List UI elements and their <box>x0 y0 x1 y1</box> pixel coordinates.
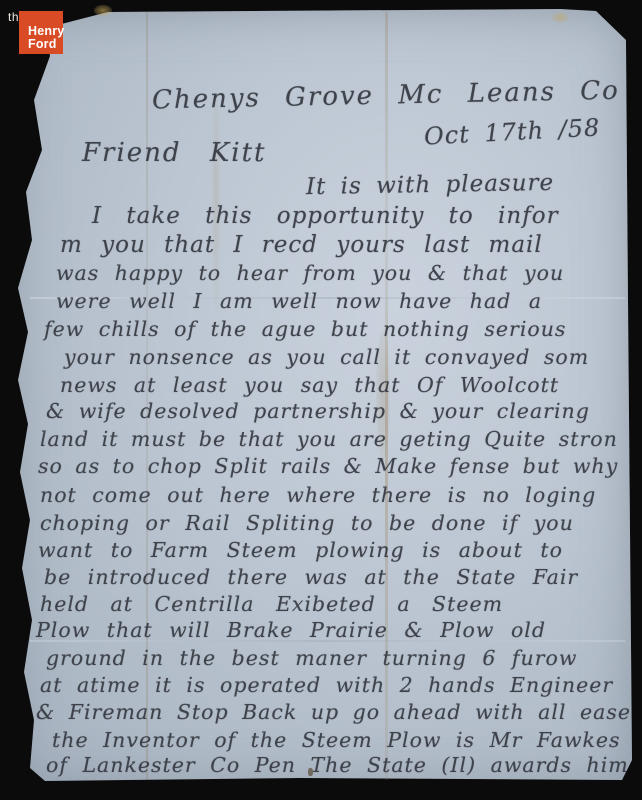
logo-henry-text: Henry <box>28 24 64 38</box>
letter-line: were well I am well now have had a <box>56 289 542 313</box>
logo-ford-text: Ford <box>28 37 57 51</box>
letter-line: Plow that will Brake Prairie & Plow old <box>36 618 546 642</box>
letter-line: be introduced there was at the State Fai… <box>44 565 578 589</box>
letter-line: held at Centrilla Exibeted a Steem <box>40 592 503 616</box>
henry-ford-logo: the Henry Ford <box>6 4 66 60</box>
letter-line: news at least you say that Of Woolcott <box>60 373 559 397</box>
letter-line: of Lankester Co Pen The State (Il) award… <box>46 753 629 777</box>
letter-line: choping or Rail Spliting to be done if y… <box>40 511 574 535</box>
letter-line: want to Farm Steem plowing is about to <box>38 538 563 562</box>
letter-line: your nonsence as you call it convayed so… <box>64 345 589 369</box>
letter-line: not come out here where there is no logi… <box>40 483 596 507</box>
letter-line: few chills of the ague but nothing serio… <box>44 317 566 341</box>
letter-line: ground in the best maner turning 6 furow <box>46 646 577 670</box>
letter-line: was happy to hear from you & that you <box>56 261 564 285</box>
letter-line: & Fireman Stop Back up go ahead with all… <box>36 700 631 724</box>
letter-line: It is with pleasure <box>306 170 555 200</box>
letter-line: I take this opportunity to infor <box>92 203 559 229</box>
letter-line: so as to chop Split rails & Make fense b… <box>38 454 618 478</box>
logo-orange-box: Henry Ford <box>19 11 63 54</box>
letter-line: & wife desolved partnership & your clear… <box>46 399 590 423</box>
letter-salutation: Friend Kitt <box>82 138 266 168</box>
letter-line: m you that I recd yours last mail <box>60 232 543 258</box>
letter-line: the Inventor of the Steem Plow is Mr Faw… <box>52 728 621 752</box>
letter-line: at atime it is operated with 2 hands Eng… <box>40 673 613 697</box>
photograph-of-letter: Chenys Grove Mc Leans Co Ill Oct 17th /5… <box>0 0 642 800</box>
letter-line: land it must be that you are geting Quit… <box>40 427 618 451</box>
